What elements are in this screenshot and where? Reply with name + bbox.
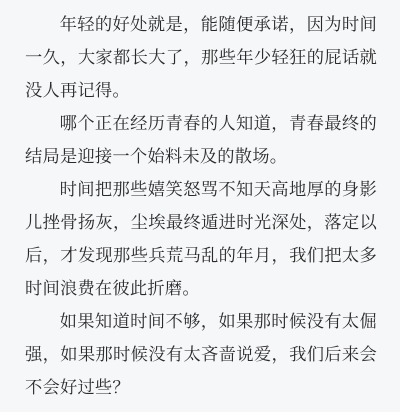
article-body: 年轻的好处就是，能随便承诺，因为时间一久，大家都长大了，那些年少轻狂的屁话就没人… (25, 9, 377, 405)
paragraph-1: 年轻的好处就是，能随便承诺，因为时间一久，大家都长大了，那些年少轻狂的屁话就没人… (25, 9, 377, 108)
paragraph-3: 时间把那些嬉笑怒骂不知天高地厚的身影儿挫骨扬灰，尘埃最终遁进时光深处，落定以后，… (25, 174, 377, 306)
paragraph-4: 如果知道时间不够，如果那时候没有太倔强，如果那时候没有太吝啬说爱，我们后来会不会… (25, 306, 377, 405)
paragraph-2: 哪个正在经历青春的人知道，青春最终的结局是迎接一个始料未及的散场。 (25, 108, 377, 174)
